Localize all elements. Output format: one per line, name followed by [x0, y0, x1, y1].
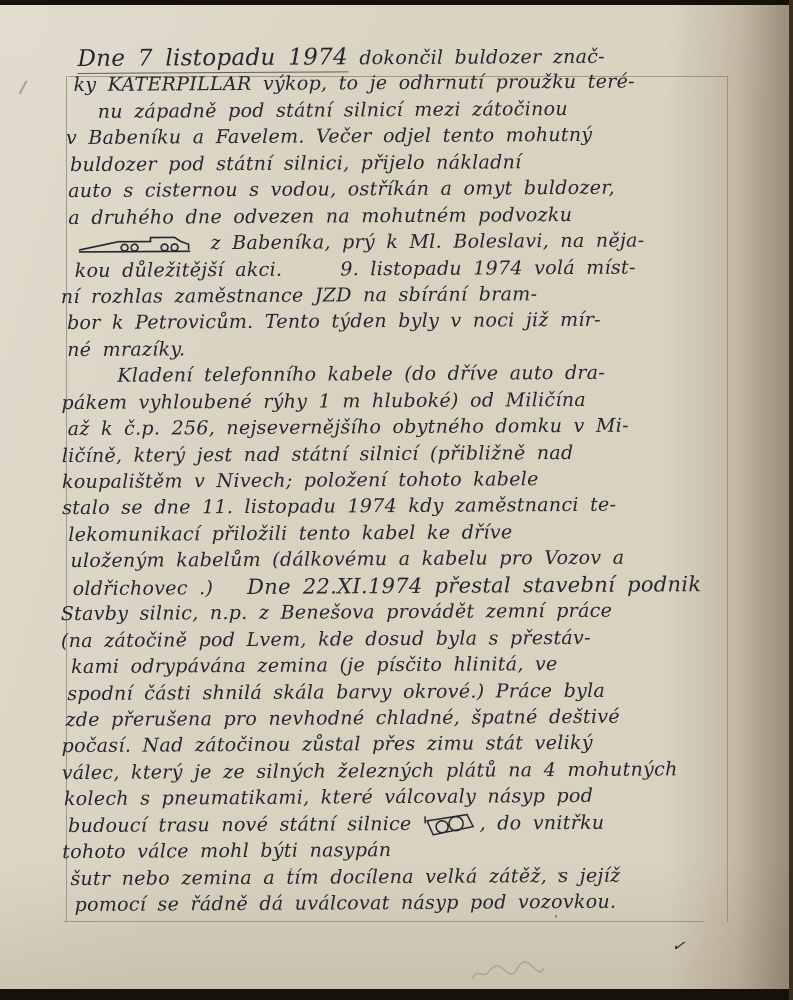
- manuscript-line: spodní části shnilá skála barvy okrové.)…: [67, 676, 745, 707]
- road-roller-sketch-icon: [421, 810, 479, 838]
- manuscript-line: zde přerušena pro nevhodné chladné, špat…: [65, 703, 745, 734]
- manuscript-line: až k č.p. 256, nejsevernějšího obytného …: [68, 412, 744, 443]
- manuscript-line: bor k Petrovicům. Tento týden byly v noc…: [67, 306, 743, 337]
- manuscript-line: budoucí trasu nové státní silnice, do vn…: [68, 809, 746, 840]
- ruled-frame-bottom: [64, 921, 704, 922]
- manuscript-line: ličíně, který jest nad státní silnicí (p…: [62, 438, 744, 469]
- manuscript-line: koupalištěm v Nivech; položení tohoto ka…: [62, 465, 744, 496]
- manuscript-line: Kladení telefonního kabele (do dříve aut…: [117, 359, 743, 389]
- photo-edge-right: [789, 0, 793, 1000]
- ink-speck: [558, 872, 561, 875]
- manuscript-line: z Babeníka, prý k Ml. Boleslavi, na něja…: [76, 227, 742, 258]
- manuscript-line: uloženým kabelům (dálkovému a kabelu pro…: [70, 544, 744, 575]
- ink-speck: [555, 915, 557, 918]
- manuscript-line: tohoto válce mohl býti nasypán: [62, 835, 746, 866]
- line-gap: [282, 274, 340, 275]
- manuscript-line: a druhého dne odvezen na mohutném podvoz…: [68, 201, 742, 232]
- low-loader-trailer-sketch-icon: [76, 232, 196, 257]
- faint-pencil-inscription: [467, 953, 549, 987]
- manuscript-line: počasí. Nad zátočinou zůstal přes zimu s…: [62, 729, 746, 760]
- manuscript-line: lekomunikací přiložili tento kabel ke dř…: [68, 518, 744, 549]
- manuscript-line: né mrazíky.: [67, 333, 743, 364]
- manuscript-line: oldřichovec .)Dne 22.XI.1974 přestal sta…: [73, 571, 745, 602]
- photo-edge-top: [0, 0, 793, 5]
- pencil-tick-mark: [19, 80, 28, 94]
- photo-edge-bottom: [0, 989, 793, 1000]
- manuscript-text: Dne 7 listopadu 1974 dokončil buldozer z…: [57, 42, 746, 919]
- manuscript-line: nu západně pod státní silnicí mezi zátoč…: [98, 95, 742, 125]
- line-gap: [213, 593, 247, 594]
- manuscript-line: ky KATERPILLAR výkop, to je odhrnutí pro…: [74, 68, 742, 99]
- ink-speck: [290, 868, 292, 870]
- manuscript-line: válec, který je ze silných železných plá…: [62, 756, 746, 787]
- manuscript-line: stalo se dne 11. listopadu 1974 kdy zamě…: [62, 491, 744, 522]
- manuscript-line: pomocí se řádně dá uválcovat násyp pod v…: [75, 888, 747, 919]
- manuscript-line: v Babeníku a Favelem. Večer odjel tento …: [66, 121, 742, 152]
- manuscript-line: kolech s pneumatikami, které válcovaly n…: [64, 782, 746, 813]
- manuscript-line: auto s cisternou s vodou, ostříkán a omy…: [68, 174, 742, 205]
- manuscript-line: (na zátočině pod Lvem, kde dosud byla s …: [61, 624, 745, 655]
- ink-check-mark: ✓: [671, 935, 687, 956]
- manuscript-line: kou důležitější akci.9. listopadu 1974 v…: [75, 253, 743, 284]
- manuscript-line: pákem vyhloubené rýhy 1 m hluboké) od Mi…: [61, 386, 743, 417]
- entry-date: Dne 7 listopadu 1974: [77, 44, 348, 74]
- manuscript-line: šutr nebo zemina a tím docílena velká zá…: [70, 861, 746, 892]
- manuscript-line: ní rozhlas zaměstnance JZD na sbírání br…: [61, 280, 743, 311]
- chronicle-photo-page: { "document": { "kind": "handwritten-chr…: [0, 0, 793, 1000]
- manuscript-line: kami odrypávána zemina (je písčito hlini…: [71, 650, 745, 681]
- manuscript-line: Stavby silnic, n.p. z Benešova provádět …: [61, 597, 745, 628]
- manuscript-line: buldozer pod státní silnici, přijelo nák…: [70, 148, 742, 179]
- manuscript-line: Dne 7 listopadu 1974 dokončil buldozer z…: [77, 42, 741, 72]
- entry-date: Dne 22.XI.1974 přestal stavební podnik: [247, 572, 701, 599]
